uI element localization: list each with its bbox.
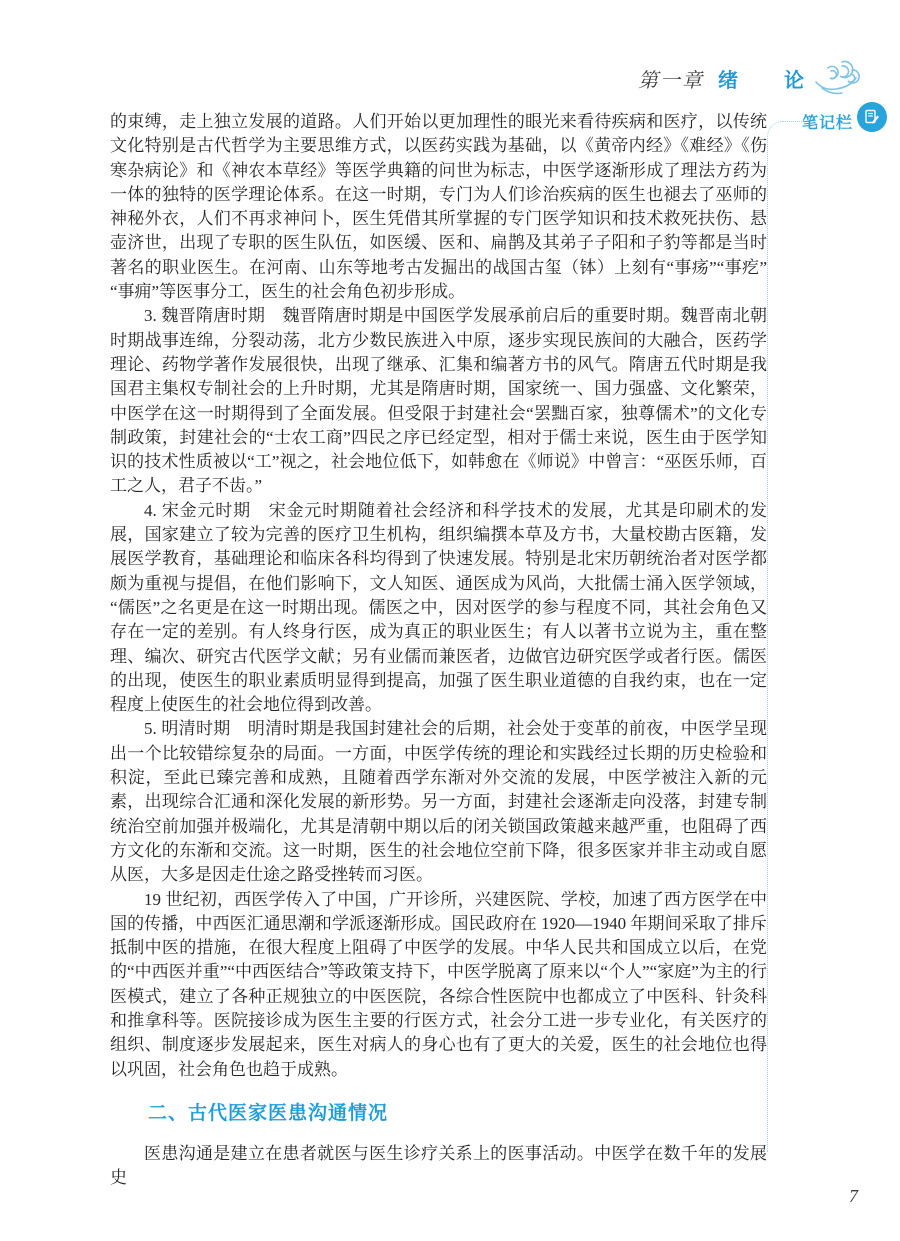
book-page: 第一章 绪 论 笔记栏 的束缚，走上独立发展的道路。人们开始以 [0,0,900,1241]
chapter-title: 绪 论 [718,64,806,93]
chapter-header: 第一章 绪 论 [638,50,864,107]
body-paragraph: 的束缚，走上独立发展的道路。人们开始以更加理性的眼光来看待疾病和医疗，以传统文化… [110,110,767,304]
notes-column-label: 笔记栏 [802,110,853,133]
cloud-icon [812,46,864,107]
body-paragraph: 4. 宋金元时期 宋金元时期随着社会经济和科学技术的发展，尤其是印刷术的发展，国… [110,499,767,718]
chapter-number: 第一章 [638,64,704,93]
notes-column-rule [767,121,802,1152]
section-heading: 二、古代医家医患沟通情况 [110,1102,767,1126]
note-pen-icon [857,102,887,132]
body-paragraph: 3. 魏晋隋唐时期 魏晋隋唐时期是中国医学发展承前启后的重要时期。魏晋南北朝时期… [110,304,767,498]
body-paragraph: 5. 明清时期 明清时期是我国封建社会的后期，社会处于变革的前夜，中医学呈现出一… [110,717,767,887]
page-number: 7 [849,1186,858,1207]
body-paragraph: 19 世纪初，西医学传入了中国，广开诊所，兴建医院、学校，加速了西方医学在中国的… [110,888,767,1082]
body-paragraph: 医患沟通是建立在患者就医与医生诊疗关系上的医事活动。中医学在数千年的发展史 [110,1142,767,1191]
body-text: 的束缚，走上独立发展的道路。人们开始以更加理性的眼光来看待疾病和医疗，以传统文化… [110,110,767,1191]
